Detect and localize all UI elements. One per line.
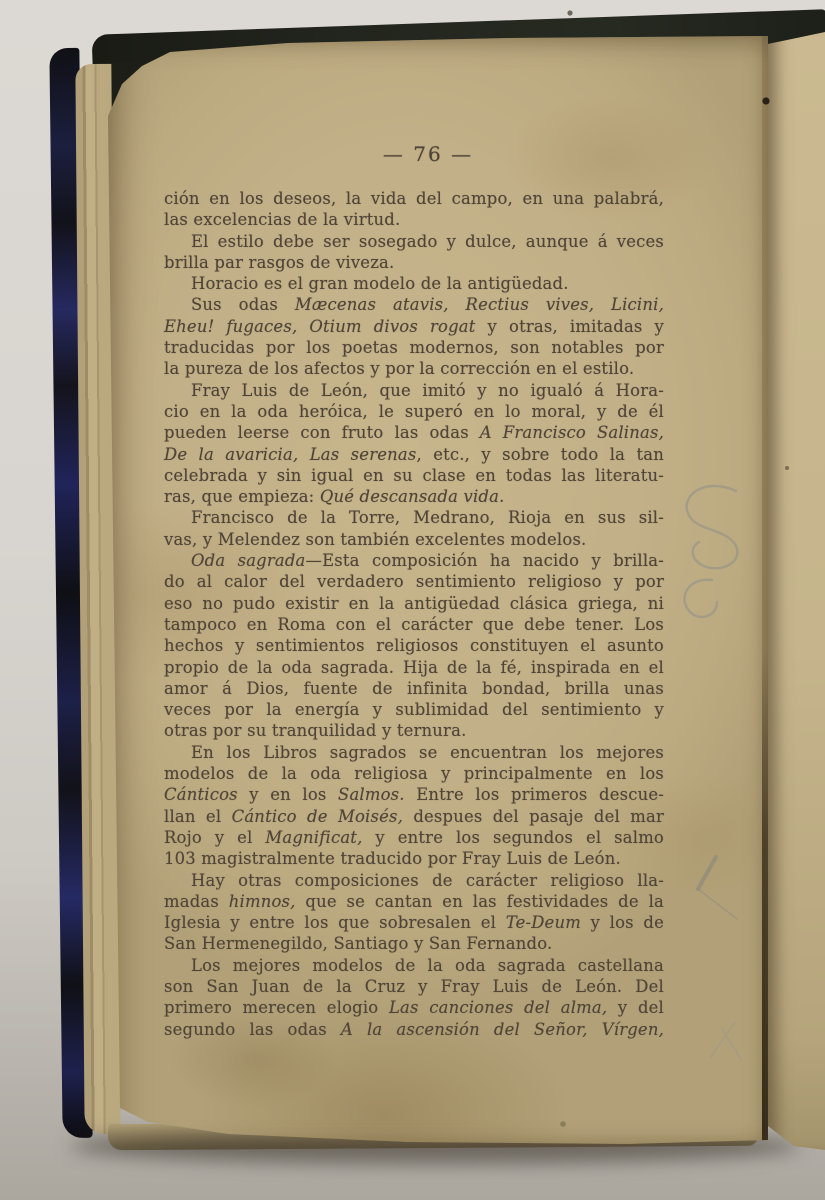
text-line: De la avaricia, Las serenas, etc., y sob… [164,444,664,465]
italic-text-segment: Las canciones del alma, [389,998,607,1017]
text-segment: cio en la oda heróica, le superó en lo m… [164,402,664,421]
text-segment: celebrada y sin igual en su clase en tod… [164,466,664,485]
text-line: Francisco de la Torre, Medrano, Rioja en… [164,507,664,528]
text-line: propio de la oda sagrada. Hija de la fé,… [164,657,664,678]
text-segment: 103 magistralmente traducido por Fray Lu… [164,849,621,868]
text-line: ción en los deseos, la vida del campo, e… [164,188,664,209]
italic-text-segment: Te-Deum [506,913,581,932]
text-line: son San Juan de la Cruz y Fray Luis de L… [164,976,664,997]
text-line: Sus odas Mæcenas atavis, Rectius vives, … [164,294,664,315]
text-line: veces por la energía y sublimidad del se… [164,699,664,720]
text-line: Iglesia y entre los que sobresalen el Te… [164,912,664,933]
text-line: otras por su tranquilidad y ternura. [164,720,664,741]
text-segment: segundo las odas [164,1020,341,1039]
text-line: 103 magistralmente traducido por Fray Lu… [164,848,664,869]
text-segment: y entre los segundos el salmo [363,828,665,847]
text-segment: las excelencias de la virtud. [164,210,400,229]
text-segment: Francisco de la Torre, Medrano, Rioja en… [191,508,664,527]
text-segment: primero merecen elogio [164,998,389,1017]
italic-text-segment: Eheu! fugaces, Otium divos rogat [164,317,476,336]
text-segment: —Esta composición ha nacido y brilla- [306,551,664,570]
italic-text-segment: Cántico de Moisés, [232,807,403,826]
text-segment: y otras, imitadas y [476,317,664,336]
text-segment: llan el [164,807,232,826]
text-line: El estilo debe ser sosegado y dulce, aun… [164,231,664,252]
text-segment: San Hermenegildo, Santiago y San Fernand… [164,934,552,953]
text-segment: ras, que empieza: [164,487,320,506]
italic-text-segment: De la avaricia, Las serenas [164,445,416,464]
text-segment: y en los [238,785,338,804]
photo-background: { "meta": { "description": "Photograph o… [0,0,825,1200]
text-segment: la pureza de los afectos y por la correc… [164,359,634,378]
text-line: ras, que empieza: Qué descansada vida. [164,486,664,507]
text-segment: tampoco en Roma con el carácter que debe… [164,615,664,634]
text-line: pueden leerse con fruto las odas A Franc… [164,422,664,443]
text-segment: ción en los deseos, la vida del campo, e… [164,189,664,208]
italic-text-segment: Cánticos [164,785,238,804]
text-segment: y del [607,998,664,1017]
text-segment: brilla par rasgos de viveza. [164,253,394,272]
text-segment: Horacio es el gran modelo de la antigüed… [191,274,569,293]
text-segment: y los de [581,913,664,932]
text-line: En los Libros sagrados se encuentran los… [164,742,664,763]
main-page: — 76 — ción en los deseos, la vida del c… [108,36,768,1148]
text-line: Oda sagrada—Esta composición ha nacido y… [164,550,664,571]
text-segment: otras por su tranquilidad y ternura. [164,721,466,740]
text-segment: veces por la energía y sublimidad del se… [164,700,664,719]
italic-text-segment: A la ascensión del Señor, Vírgen, [341,1020,664,1039]
text-segment: En los Libros sagrados se encuentran los… [191,743,664,762]
text-segment: propio de la oda sagrada. Hija de la fé,… [164,658,664,677]
text-segment: , etc., y sobre todo la tan [416,445,664,464]
italic-text-segment: Magnificat, [265,828,362,847]
text-line: do al calor del verdadero sentimiento re… [164,571,664,592]
text-segment: son San Juan de la Cruz y Fray Luis de L… [164,977,664,996]
text-line: traducidas por los poetas modernos, son … [164,337,664,358]
text-segment: traducidas por los poetas modernos, son … [164,338,664,357]
text-line: la pureza de los afectos y por la correc… [164,358,664,379]
text-line: brilla par rasgos de viveza. [164,252,664,273]
text-segment: Entre los primeros descue- [405,785,664,804]
text-segment: amor á Dios, fuente de infinita bondad, … [164,679,664,698]
text-segment: Fray Luis de León, que imitó y no igualó… [191,381,664,400]
italic-text-segment: Qué descansada vida. [320,487,505,506]
text-line: cio en la oda heróica, le superó en lo m… [164,401,664,422]
text-line: tampoco en Roma con el carácter que debe… [164,614,664,635]
text-line: amor á Dios, fuente de infinita bondad, … [164,678,664,699]
text-segment: hechos y sentimientos religiosos constit… [164,636,664,655]
text-line: Los mejores modelos de la oda sagrada ca… [164,955,664,976]
text-line: segundo las odas A la ascensión del Seño… [164,1019,664,1040]
text-line: Horacio es el gran modelo de la antigüed… [164,273,664,294]
text-segment: Iglesia y entre los que sobresalen el [164,913,506,932]
italic-text-segment: himnos, [229,892,296,911]
text-line: las excelencias de la virtud. [164,209,664,230]
text-line: celebrada y sin igual en su clase en tod… [164,465,664,486]
text-line: Hay otras composiciones de carácter reli… [164,870,664,891]
text-line: modelos de la oda religiosa y principalm… [164,763,664,784]
text-segment: vas, y Melendez son también excelentes m… [164,530,586,549]
text-segment: do al calor del verdadero sentimiento re… [164,572,664,591]
page-crease [762,36,768,1148]
text-line: Rojo y el Magnificat, y entre los segund… [164,827,664,848]
text-line: Eheu! fugaces, Otium divos rogat y otras… [164,316,664,337]
dust-speck [567,10,572,15]
text-line: vas, y Melendez son también excelentes m… [164,529,664,550]
text-segment: pueden leerse con fruto las odas [164,423,480,442]
text-segment: que se cantan en las festividades de la [296,892,664,911]
text-line: primero merecen elogio Las canciones del… [164,997,664,1018]
text-segment: El estilo debe ser sosegado y dulce, aun… [191,232,664,251]
text-segment: Rojo y el [164,828,265,847]
italic-text-segment: Salmos. [338,785,405,804]
text-line: madas himnos, que se cantan en las festi… [164,891,664,912]
text-segment: Hay otras composiciones de carácter reli… [191,871,664,890]
text-line: Cánticos y en los Salmos. Entre los prim… [164,784,664,805]
facing-page-sliver [768,28,825,1150]
text-segment: Los mejores modelos de la oda sagrada ca… [191,956,664,975]
text-segment: eso no pudo existir en la antigüedad clá… [164,594,664,613]
page-text: ción en los deseos, la vida del campo, e… [164,188,664,1040]
text-line: llan el Cántico de Moisés, despues del p… [164,806,664,827]
italic-text-segment: A Francisco Salinas, [480,423,664,442]
text-segment: despues del pasaje del mar [403,807,664,826]
text-line: Fray Luis de León, que imitó y no igualó… [164,380,664,401]
text-segment: madas [164,892,229,911]
page-number: — 76 — [108,142,748,166]
italic-text-segment: Oda sagrada [191,551,306,570]
italic-text-segment: Mæcenas atavis, Rectius vives, Licini, [295,295,664,314]
text-segment: Sus odas [191,295,295,314]
text-line: eso no pudo existir en la antigüedad clá… [164,593,664,614]
text-segment: modelos de la oda religiosa y principalm… [164,764,664,783]
text-line: hechos y sentimientos religiosos constit… [164,635,664,656]
text-line: San Hermenegildo, Santiago y San Fernand… [164,933,664,954]
